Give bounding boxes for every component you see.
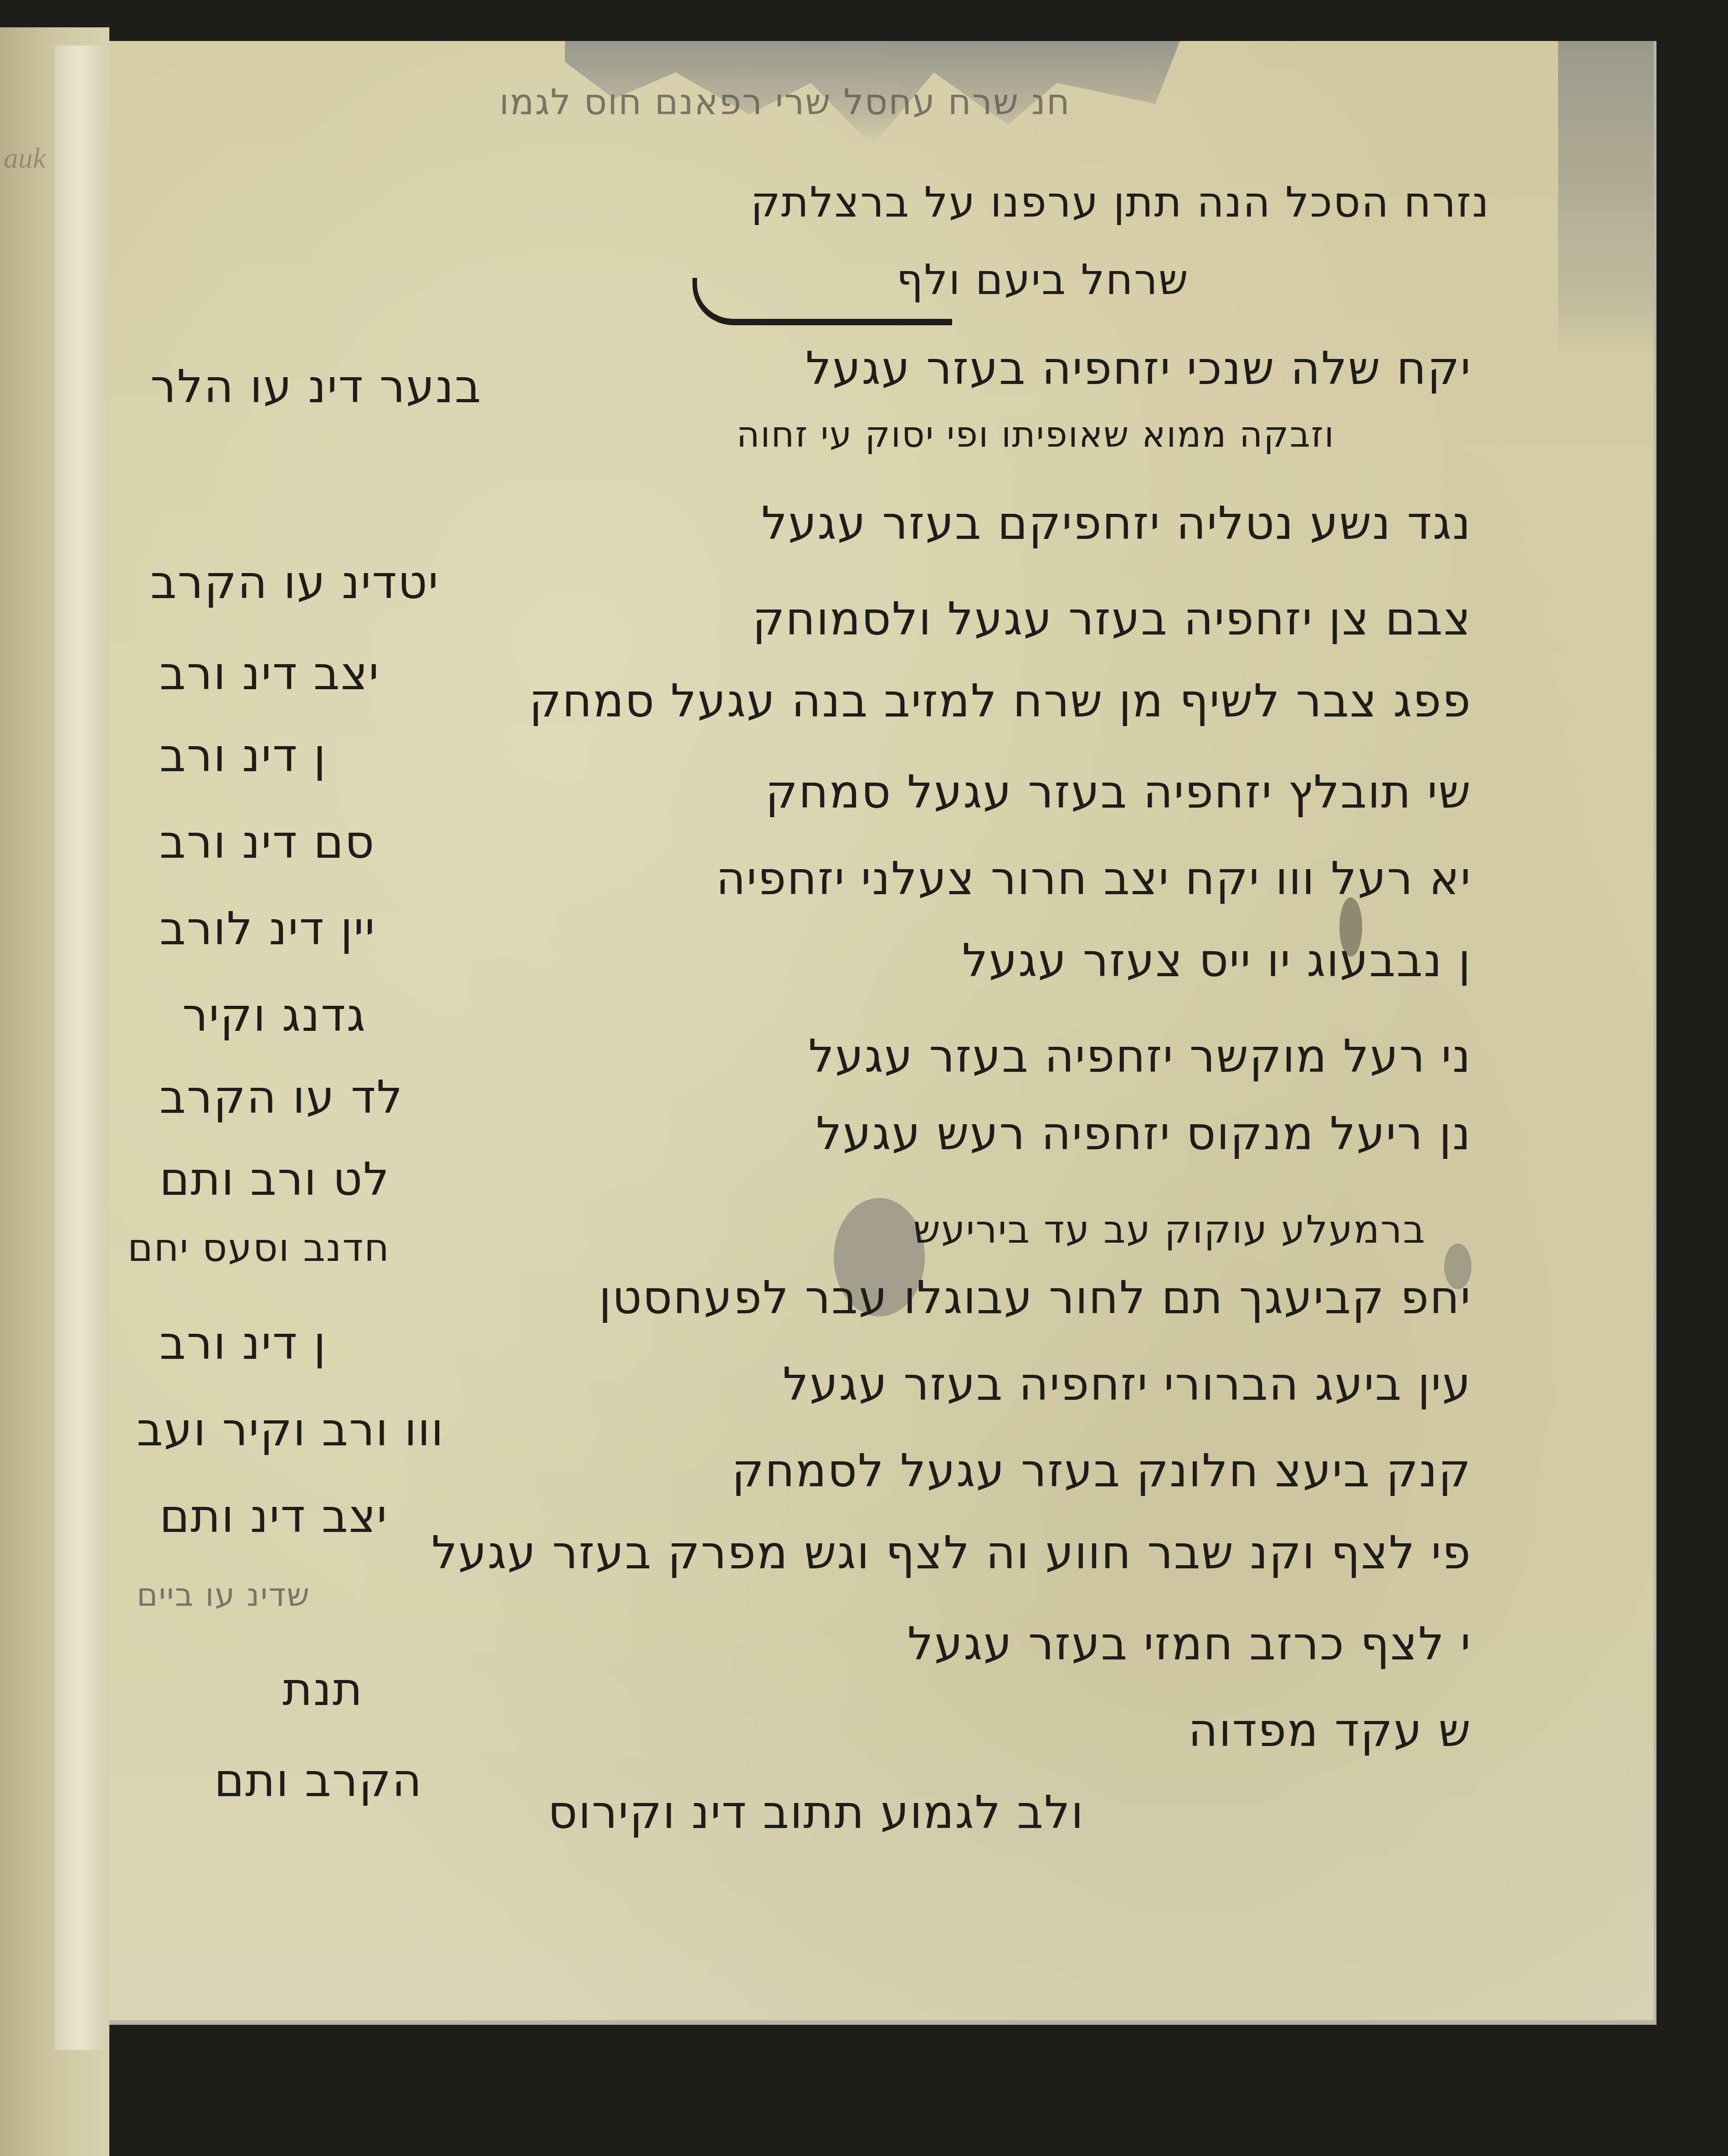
main-line: עין ביעג הברורי יזחפיה בעזר עגעל — [783, 1357, 1472, 1411]
main-line: נגד נשע נטליה יזחפיקם בעזר עגעל — [761, 497, 1472, 550]
previous-leaf-fragment: auk — [4, 141, 46, 175]
margin-note: יטדינ עו הקרב — [150, 556, 439, 609]
margin-note: ווו ורב וקיר ועב — [137, 1403, 444, 1456]
margin-note: שדינ עו ביים — [137, 1576, 310, 1613]
margin-note: גדנג וקיר — [182, 988, 366, 1042]
main-line: יחפ קביעגך תם לחור עבוגלו עבר לפעחסטן — [599, 1271, 1472, 1324]
main-line: יא רעל ווו יקח יצב חרור צעלני יזחפיה — [716, 852, 1472, 905]
main-line: ברמעלע עוקוק עב עד ביריעש — [913, 1207, 1426, 1252]
main-line: שי תובלץ יזחפיה בעזר עגעל סמחק — [765, 765, 1472, 819]
margin-note: יין דינ לורב — [159, 902, 376, 955]
margin-note: חדנב וסעס יחם — [128, 1225, 390, 1270]
margin-note: ן דינ ורב — [159, 729, 327, 782]
margin-note: יצב דינ ותם — [159, 1490, 388, 1543]
main-line: וזבקה ממוא שאופיתו ופי יסוק עי זחוה — [736, 415, 1335, 456]
margin-note: בנער דינ עו הלר — [150, 360, 482, 413]
main-line: י לצף כרזב חמזי בעזר עגעל — [908, 1617, 1472, 1670]
subtitle-swash — [692, 278, 952, 325]
main-line: ני רעל מוקשר יזחפיה בעזר עגעל — [808, 1029, 1472, 1083]
margin-note: הקרב ותם — [214, 1754, 423, 1807]
main-line: קנק ביעצ חלונק בעזר עגעל לסמחק — [732, 1444, 1472, 1497]
binding-guard-strip — [55, 46, 105, 2050]
margin-note: לט ורב ותם — [159, 1152, 390, 1206]
margin-note: יצב דינ ורב — [159, 647, 380, 700]
manuscript-page: חנ שרח עחסל שרי רפאנם חוס לגמו נזרח הסכל… — [109, 41, 1656, 2025]
repair-tissue-corner — [1558, 41, 1654, 360]
header-title: נזרח הסכל הנה תתן ערפנו על ברצלתק — [751, 178, 1490, 226]
margin-note: ן דינ ורב — [159, 1316, 327, 1370]
main-line: ש עקד מפדוה — [1188, 1704, 1472, 1757]
main-line: צבם צן יזחפיה בעזר עגעל ולסמוחק — [752, 592, 1472, 645]
header-faint-note: חנ שרח עחסל שרי רפאנם חוס לגמו — [499, 82, 1071, 123]
main-line: ן נבבעוג יו ייס צעזר עגעל — [962, 934, 1472, 987]
margin-note: לד עו הקרב — [159, 1070, 403, 1124]
main-line: פפג צבר לשיף מן שרח למזיב בנה עגעל סמחק — [529, 674, 1472, 727]
margin-note: תנת — [282, 1663, 363, 1716]
margin-note: סם דינ ורב — [159, 815, 375, 869]
main-line: ולב לגמוע תתוב דינ וקירוס — [548, 1786, 1085, 1839]
main-line: נן ריעל מנקוס יזחפיה רעש עגעל — [816, 1107, 1472, 1160]
main-line: יקח שלה שנכי יזחפיה בעזר עגעל — [805, 342, 1472, 395]
main-line: פי לצף וקנ שבר חווע וה לצף וגש מפרק בעזר… — [431, 1526, 1472, 1579]
